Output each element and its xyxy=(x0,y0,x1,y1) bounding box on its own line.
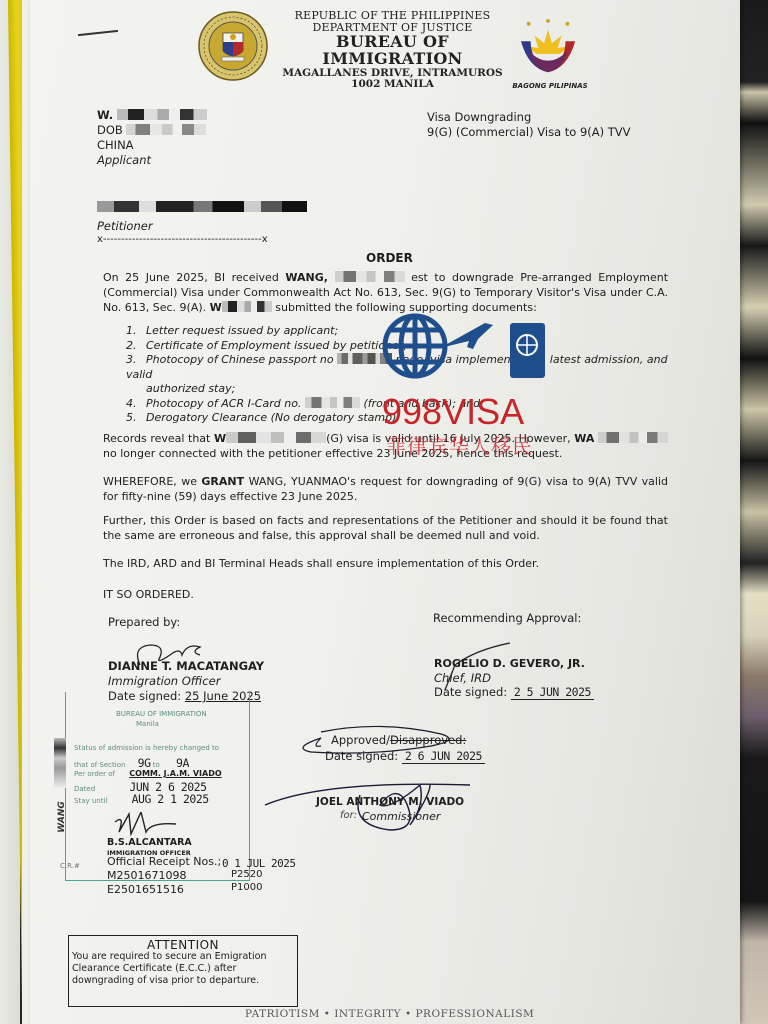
stamp-status-line: Status of admission is hereby changed to xyxy=(74,744,219,752)
stamp-section-label: that of Section xyxy=(74,761,125,769)
redacted-side-mark xyxy=(54,738,66,788)
case-type: Visa Downgrading xyxy=(427,110,631,125)
applicant-role: Applicant xyxy=(97,153,207,168)
commissioner-for: for: xyxy=(340,810,357,821)
stamp-stay-value: AUG 2 1 2025 xyxy=(132,792,209,806)
stamp-city: Manila xyxy=(136,720,159,728)
recommending-title: Chief, IRD xyxy=(434,671,594,685)
approval-status: Approved/Disapproved: xyxy=(331,733,466,748)
item-text: Photocopy of ACR I-Card no. xyxy=(146,397,301,410)
applicant-block: W. DOB CHINA Applicant xyxy=(97,108,207,168)
footer-motto: PATRIOTISM • INTEGRITY • PROFESSIONALISM xyxy=(245,1008,534,1020)
receipts-label: Official Receipt Nos.; xyxy=(107,855,221,869)
petitioner-block: Petitioner x----------------------------… xyxy=(97,200,307,245)
order-paragraph-implementation: The IRD, ARD and BI Terminal Heads shall… xyxy=(103,556,668,571)
stamp-to-section: 9A xyxy=(176,756,189,770)
p1-applicant-initial: W xyxy=(210,301,222,314)
bagong-pilipinas-caption: BAGONG PILIPINAS xyxy=(512,82,588,90)
stamp-side-note: WANG xyxy=(57,801,67,833)
attention-title: ATTENTION xyxy=(69,939,297,951)
item-text: Letter request issued by applicant; xyxy=(146,324,338,337)
stamp-header: BUREAU OF IMMIGRATION xyxy=(116,710,207,718)
prepared-by-title: Immigration Officer xyxy=(108,674,264,689)
case-detail: 9(G) (Commercial) Visa to 9(A) TVV xyxy=(427,125,631,140)
approval-date: 2 6 JUN 2025 xyxy=(402,749,485,764)
item-text: Certificate of Employment issued by peti… xyxy=(146,339,407,352)
redacted-name xyxy=(222,301,272,312)
recommending-name: ROGELIO D. GEVERO, JR. xyxy=(434,657,594,671)
stamp-from-section: 9G xyxy=(138,756,151,770)
order-paragraph-validity: Further, this Order is based on facts an… xyxy=(103,513,668,543)
applicant-name: W. xyxy=(97,108,113,122)
applicant-dob-label: DOB xyxy=(97,123,123,137)
p3-text-start: WHEREFORE, we xyxy=(103,475,201,488)
item-number: 5. xyxy=(126,411,146,426)
caption-separator: x---------------------------------------… xyxy=(97,234,307,245)
watermark-chinese: 菲律宾华人移民 xyxy=(386,436,533,458)
bagong-pilipinas-emblem-icon xyxy=(512,18,588,80)
redacted-name xyxy=(226,432,326,443)
redacted-petitioner-name xyxy=(97,201,307,212)
watermark-brand: 998VISA xyxy=(382,394,524,430)
p2-applicant-initial: W xyxy=(214,432,226,445)
order-title: ORDER xyxy=(366,251,413,265)
letterhead-republic: REPUBLIC OF THE PHILIPPINES xyxy=(270,10,515,22)
redacted-name xyxy=(335,271,405,282)
petitioner-role: Petitioner xyxy=(97,219,307,234)
item-number: 2. xyxy=(126,339,146,354)
letterhead-agency: BUREAU OF IMMIGRATION xyxy=(270,34,515,68)
p2-text-start: Records reveal that xyxy=(103,432,214,445)
receipt-number: M2501671098 xyxy=(107,869,221,883)
recommending-block: ROGELIO D. GEVERO, JR. Chief, IRD Date s… xyxy=(434,657,594,699)
p2-applicant-initial-2: WA xyxy=(574,432,594,445)
p1-applicant-surname: WANG, xyxy=(285,271,328,284)
letterhead: REPUBLIC OF THE PHILIPPINES DEPARTMENT O… xyxy=(270,10,515,90)
approval-date-label: Date signed: xyxy=(325,749,398,763)
item-number: 1. xyxy=(126,324,146,339)
approval-date-row: Date signed: 2 6 JUN 2025 xyxy=(325,749,485,764)
receipt-amount: P1000 xyxy=(231,882,262,893)
order-closing: IT SO ORDERED. xyxy=(103,587,668,602)
item-number: 4. xyxy=(126,397,146,412)
stamp-stay-label: Stay until xyxy=(74,797,107,805)
official-receipts: Official Receipt Nos.; M2501671098 E2501… xyxy=(107,855,221,897)
watermark-998visa: 998VISA 菲律宾华人移民 xyxy=(380,308,550,468)
officer-name: B.S.ALCANTARA xyxy=(107,837,192,848)
item-number: 3. xyxy=(126,353,146,368)
case-block: Visa Downgrading 9(G) (Commercial) Visa … xyxy=(427,110,631,140)
receipt-amount: P2520 xyxy=(231,869,262,880)
recommending-approval-label: Recommending Approval: xyxy=(433,611,581,626)
stamp-per-order-value: COMM. J.A.M. VIADO xyxy=(129,769,221,778)
attention-body: You are required to secure an Emigration… xyxy=(69,951,297,987)
commissioner-name: JOEL ANTHONY M. VIADO xyxy=(316,796,464,808)
prepared-by-name: DIANNE T. MACATANGAY xyxy=(108,659,264,674)
stamp-cr-label: C.R.# xyxy=(60,862,80,870)
redacted-applicant-name xyxy=(117,109,207,120)
approval-disapproved-struck: Disapproved: xyxy=(390,733,466,747)
approval-approved: Approved/ xyxy=(331,733,390,747)
commissioner-title: Commissioner xyxy=(362,810,440,823)
recommending-date-label: Date signed: xyxy=(434,685,507,699)
item-text: Derogatory Clearance (No derogatory stam… xyxy=(146,411,400,424)
globe-plane-passport-icon xyxy=(380,308,550,388)
attention-notice: ATTENTION You are required to secure an … xyxy=(68,935,298,1007)
p1-text-start: On 25 June 2025, BI received xyxy=(103,271,285,284)
item-text: Photocopy of Chinese passport no xyxy=(146,353,334,366)
p3-grant: GRANT xyxy=(201,475,244,488)
stamp-to-label: to xyxy=(153,761,160,769)
redacted-name xyxy=(598,432,668,443)
redacted-dob xyxy=(126,124,206,135)
recommending-date: 2 5 JUN 2025 xyxy=(511,685,594,700)
prepared-by-label: Prepared by: xyxy=(108,615,180,630)
bureau-of-immigration-seal-icon xyxy=(198,9,268,84)
bagong-pilipinas-logo: BAGONG PILIPINAS xyxy=(512,18,588,93)
applicant-country: CHINA xyxy=(97,138,207,153)
stamp-per-order-label: Per order of xyxy=(74,770,115,778)
redacted-acr-number xyxy=(305,397,360,408)
letterhead-address-2: 1002 MANILA xyxy=(270,79,515,90)
order-paragraph-grant: WHEREFORE, we GRANT WANG, YUANMAO's requ… xyxy=(103,474,668,504)
receipt-number: E2501651516 xyxy=(107,883,221,897)
